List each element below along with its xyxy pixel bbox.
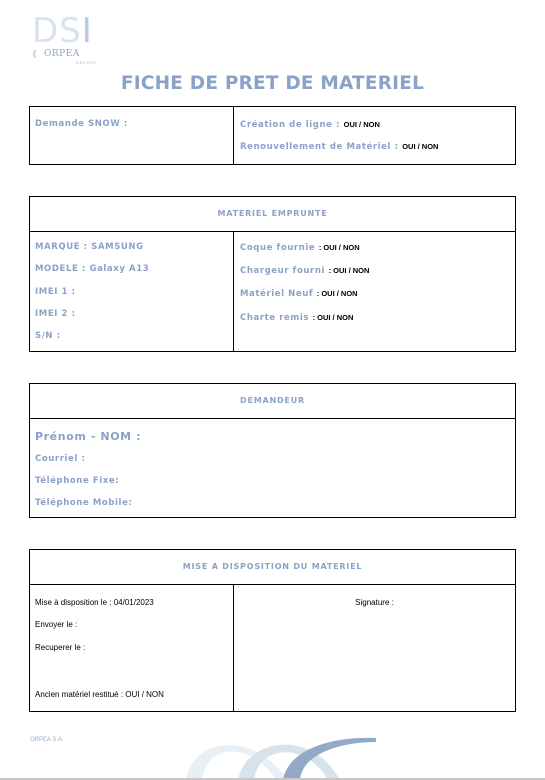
model-field[interactable]: MODELE : Galaxy A13 (35, 264, 149, 274)
dsi-orpea-logo: DSI (((( ORPEA GROUPE (30, 14, 100, 66)
sent-date-field[interactable]: Envoyer le : (35, 620, 77, 629)
equipment-handover-section: MISE A DISPOSITION DU MATERIEL Mise à di… (29, 549, 516, 712)
section-header: MISE A DISPOSITION DU MATERIEL (30, 550, 515, 585)
equipment-renewal-field[interactable]: Renouvellement de Matériel : OUI / NON (240, 142, 438, 152)
name-field[interactable]: Prénom - NOM : (35, 430, 141, 443)
charger-provided-field[interactable]: Chargeur fourni : OUI / NON (240, 266, 369, 276)
charter-given-field[interactable]: Charte remis : OUI / NON (240, 313, 353, 323)
old-equipment-returned-field[interactable]: Ancien matériel restitué : OUI / NON (35, 690, 164, 699)
serial-number-field[interactable]: S/N : (35, 331, 61, 341)
signature-cell[interactable]: Signature : (234, 585, 515, 712)
footer-company: ORPEA S.A. (30, 737, 64, 743)
document-page: DSI (((( ORPEA GROUPE FICHE DE PRET DE M… (0, 0, 545, 780)
request-section: Demande SNOW : Création de ligne : OUI /… (29, 106, 516, 165)
snow-request-field[interactable]: Demande SNOW : (35, 119, 128, 129)
logo-dsi-text: DSI (32, 14, 93, 48)
imei2-field[interactable]: IMEI 2 : (35, 309, 76, 319)
logo-subtitle: GROUPE (76, 61, 97, 65)
handover-date-field[interactable]: Mise à disposition le : 04/01/2023 (35, 598, 154, 607)
logo-rings-icon: (((( (32, 50, 34, 60)
equipment-details-cell: MARQUE : SAMSUNG MODELE : Galaxy A13 IME… (30, 232, 234, 352)
retrieved-date-field[interactable]: Recuperer le : (35, 643, 85, 652)
new-equipment-field[interactable]: Matériel Neuf : OUI / NON (240, 289, 358, 299)
equipment-options-cell: Coque fournie : OUI / NON Chargeur fourn… (234, 232, 515, 352)
section-header: MATERIEL EMPRUNTE (30, 197, 515, 232)
document-title: FICHE DE PRET DE MATERIEL (0, 73, 545, 94)
email-field[interactable]: Courriel : (35, 454, 85, 464)
requester-section: DEMANDEUR Prénom - NOM : Courriel : Télé… (29, 383, 516, 518)
case-provided-field[interactable]: Coque fournie : OUI / NON (240, 243, 360, 253)
borrowed-equipment-section: MATERIEL EMPRUNTE MARQUE : SAMSUNG MODEL… (29, 196, 516, 352)
mobile-phone-field[interactable]: Téléphone Mobile: (35, 498, 132, 508)
handover-dates-cell: Mise à disposition le : 04/01/2023 Envoy… (30, 585, 234, 712)
footer-arcs-decoration (180, 732, 380, 780)
landline-phone-field[interactable]: Téléphone Fixe: (35, 476, 119, 486)
signature-label: Signature : (234, 598, 515, 607)
section-header: DEMANDEUR (30, 384, 515, 419)
request-left-cell: Demande SNOW : (30, 107, 234, 164)
imei1-field[interactable]: IMEI 1 : (35, 287, 76, 297)
brand-field[interactable]: MARQUE : SAMSUNG (35, 242, 144, 252)
logo-brand: ORPEA (44, 49, 80, 59)
line-creation-field[interactable]: Création de ligne : OUI / NON (240, 120, 380, 130)
request-right-cell: Création de ligne : OUI / NON Renouvelle… (234, 107, 515, 164)
